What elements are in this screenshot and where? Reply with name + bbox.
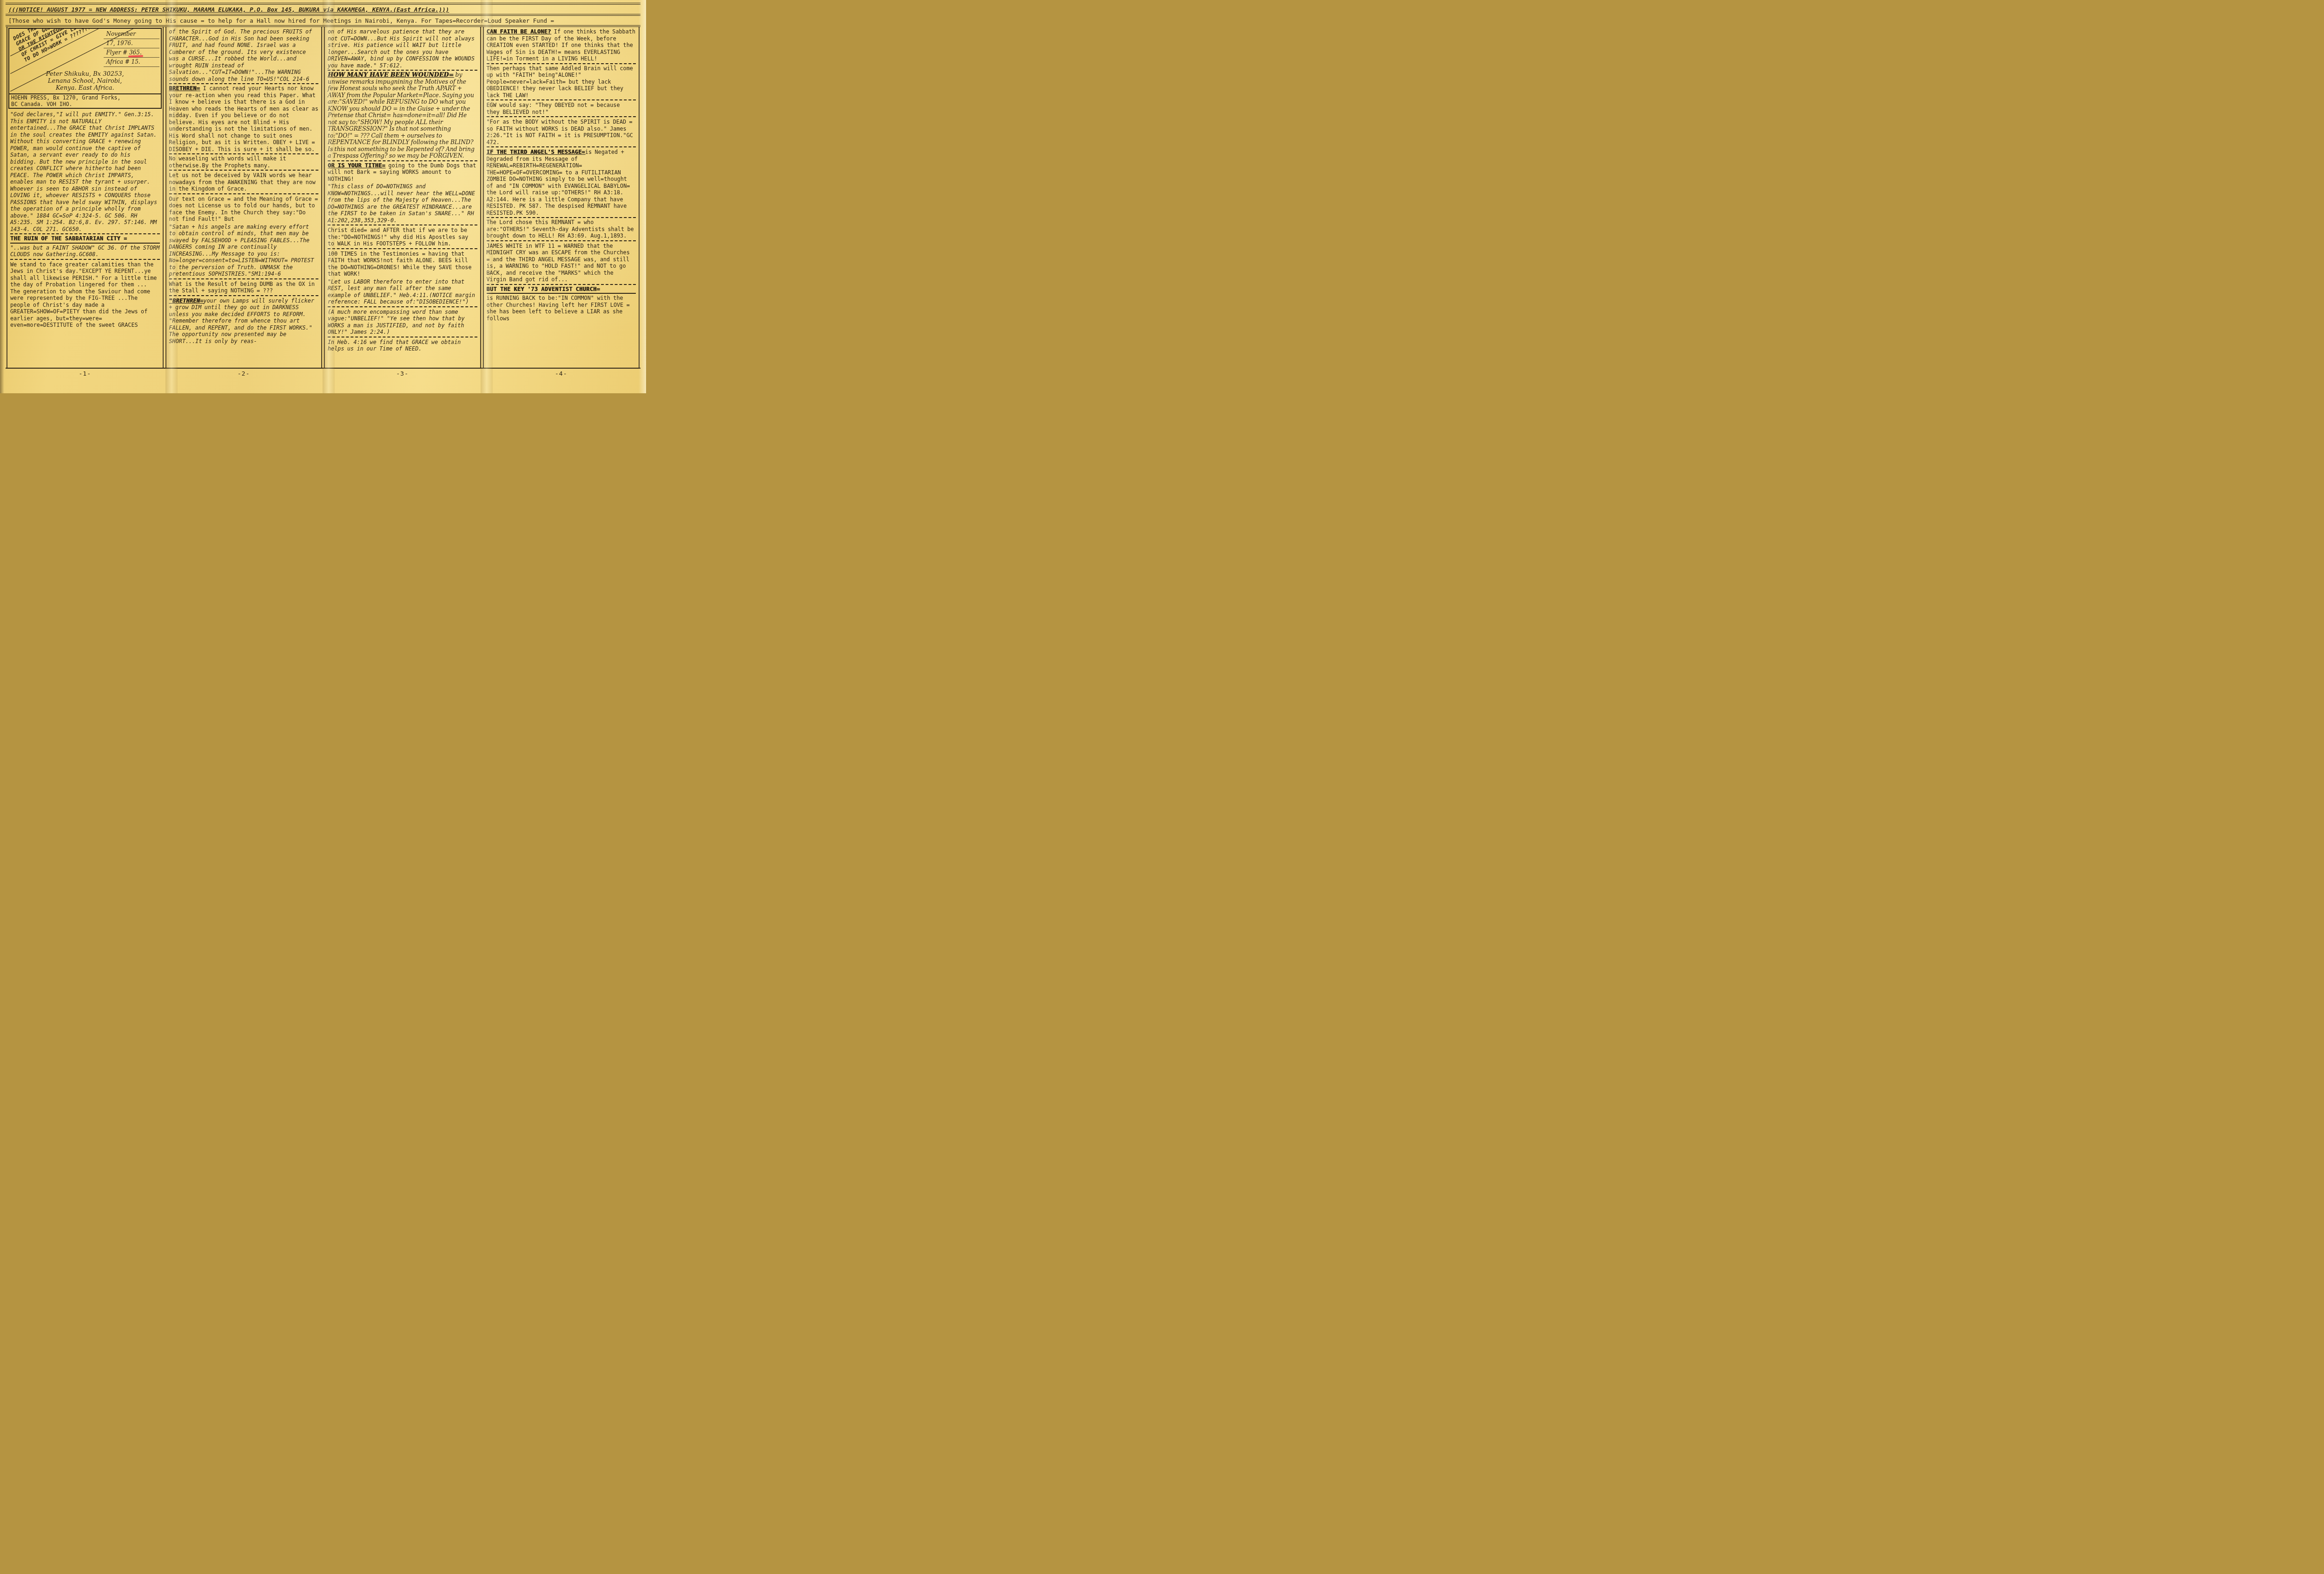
- paragraph-with-heading: HOW MANY HAVE BEEN WOUNDED= by unwise re…: [328, 70, 477, 159]
- paragraph: "Satan + his angels are making every eff…: [169, 224, 319, 279]
- notice-banner-line2: [Those who wish to have God's Money goin…: [6, 16, 640, 27]
- paragraph-with-heading: IF THE THIRD ANGEL'S MESSAGE=is Negated …: [487, 149, 636, 216]
- heading-lead: HOW MANY HAVE BEEN WOUNDED=: [328, 71, 454, 78]
- africa-number: 15.: [132, 59, 140, 65]
- paragraph: "Let us LABOR therefore to enter into th…: [328, 278, 477, 307]
- heading-lead: "BRETHREN=: [169, 298, 204, 304]
- page-number: -4-: [482, 370, 641, 377]
- column-1-text: "God declares,"I will put ENMITY." Gen.3…: [10, 111, 160, 329]
- author-address-line: Peter Shikuku, Bx 30253,: [12, 71, 158, 78]
- paragraph: In Heb. 4:16 we find that GRACE we obtai…: [328, 339, 477, 352]
- africa-label: Africa #: [106, 59, 130, 65]
- paragraph-with-heading: "BRETHREN=your own Lamps will surely fli…: [169, 298, 319, 345]
- paragraph: Our text on Grace = and the Meaning of G…: [169, 196, 319, 223]
- paragraph: on of His marvelous patience that they a…: [328, 28, 477, 69]
- paragraph: of the Spirit of God. The precious FRUIT…: [169, 28, 319, 82]
- paragraph: What is the Result of being DUMB as the …: [169, 281, 319, 296]
- column-4-text: CAN FAITH BE ALONE? If one thinks the Sa…: [487, 28, 636, 322]
- heading-lead: BRETHREN=: [169, 85, 200, 92]
- masthead-title: DOES THEGRACE OF GOD=OR THE RIGHTEOUSNES…: [12, 28, 105, 63]
- paragraph: We stand to face greater calamities than…: [10, 261, 160, 329]
- paragraph: is RUNNING BACK to be:"IN COMMON" with t…: [487, 295, 636, 322]
- flyer-label: Flyer #: [106, 49, 128, 56]
- paragraph: EGW would say: "They OBEYED not = becaus…: [487, 102, 636, 117]
- paragraph: 100 TIMES in the Testimonies = having th…: [328, 251, 477, 278]
- paragraph: Let us not be deceived by VAIN words we …: [169, 172, 319, 194]
- paragraph: "For as the BODY without the SPIRIT is D…: [487, 119, 636, 147]
- issue-date-month: November: [104, 30, 159, 39]
- paragraph: The Lord chose this REMNANT = who are:"O…: [487, 217, 636, 241]
- page-number: -2-: [165, 370, 324, 377]
- paragraph: JAMES WHITE in WTF 11 = WARNED that the …: [487, 243, 636, 283]
- scanned-newsletter-page: (((NOTICE! AUGUST 1977 = NEW ADDRESS: PE…: [0, 0, 646, 393]
- paragraph: Then perhaps that same Addled Brain will…: [487, 63, 636, 101]
- paragraph: "God declares,"I will put ENMITY." Gen.3…: [10, 111, 160, 232]
- paragraph: No weaseling with words will make it oth…: [169, 153, 319, 171]
- page-header: (((NOTICE! AUGUST 1977 = NEW ADDRESS: PE…: [6, 3, 640, 27]
- press-address-line: HOEHN PRESS, Bx 1270, Grand Forks,: [11, 95, 159, 101]
- page-number-row: -1--2--3--4-: [6, 370, 640, 377]
- issue-date-day-year: 17, 1976.: [104, 39, 159, 48]
- page-number: -1-: [6, 370, 165, 377]
- column-4: CAN FAITH BE ALONE? If one thinks the Sa…: [483, 27, 640, 368]
- column-3: on of His marvelous patience that they a…: [324, 27, 481, 368]
- paragraph-with-heading: CAN FAITH BE ALONE? If one thinks the Sa…: [487, 28, 636, 62]
- paragraph-with-heading: OR IS YOUR TITHE= going to the Dumb Dogs…: [328, 160, 477, 183]
- africa-number-line: Africa # 15.: [104, 58, 159, 67]
- flyer-number: 365.: [129, 49, 142, 57]
- press-address-line: BC Canada. VOH IHO.: [11, 101, 159, 108]
- author-address: Peter Shikuku, Bx 30253,Lenana School, N…: [12, 71, 158, 92]
- paragraph: Christ died= and AFTER that if we are to…: [328, 227, 477, 249]
- column-2-text: of the Spirit of God. The precious FRUIT…: [169, 28, 319, 344]
- press-address: HOEHN PRESS, Bx 1270, Grand Forks,BC Can…: [9, 93, 161, 108]
- paragraph: (A much more encompassing word than some…: [328, 309, 477, 337]
- paragraph: THE RUIN OF THE SABBATARIAN CITY =: [10, 233, 160, 244]
- masthead-issue-info: November 17, 1976. Flyer # 365. Africa #…: [104, 30, 159, 67]
- column-2: of the Spirit of God. The precious FRUIT…: [165, 27, 323, 368]
- page-number: -3-: [323, 370, 482, 377]
- author-address-line: Lenana School, Nairobi,: [12, 78, 158, 85]
- paragraph: "..was but a FAINT SHADOW" GC 36. Of the…: [10, 245, 160, 260]
- column-3-text: on of His marvelous patience that they a…: [328, 28, 477, 352]
- flyer-number-line: Flyer # 365.: [104, 48, 159, 58]
- column-1: DOES THEGRACE OF GOD=OR THE RIGHTEOUSNES…: [7, 27, 164, 368]
- paragraph: BUT THE KEY '73 ADVENTIST CHURCH=: [487, 284, 636, 294]
- scan-edge-shadow-left: [0, 0, 4, 393]
- paragraph: "This class of DO=NOTHINGS and KNOW=NOTH…: [328, 183, 477, 225]
- column-area: DOES THEGRACE OF GOD=OR THE RIGHTEOUSNES…: [6, 27, 640, 369]
- heading-lead: IF THE THIRD ANGEL'S MESSAGE=: [487, 149, 585, 155]
- author-address-line: Kenya. East Africa.: [12, 85, 158, 92]
- paragraph-with-heading: BRETHREN= I cannot read your Hearts nor …: [169, 83, 319, 152]
- masthead-box: DOES THEGRACE OF GOD=OR THE RIGHTEOUSNES…: [8, 28, 162, 109]
- heading-lead: OR IS YOUR TITHE=: [328, 162, 385, 169]
- heading-lead: CAN FAITH BE ALONE?: [487, 28, 551, 35]
- notice-banner-line1: (((NOTICE! AUGUST 1977 = NEW ADDRESS: PE…: [6, 3, 640, 16]
